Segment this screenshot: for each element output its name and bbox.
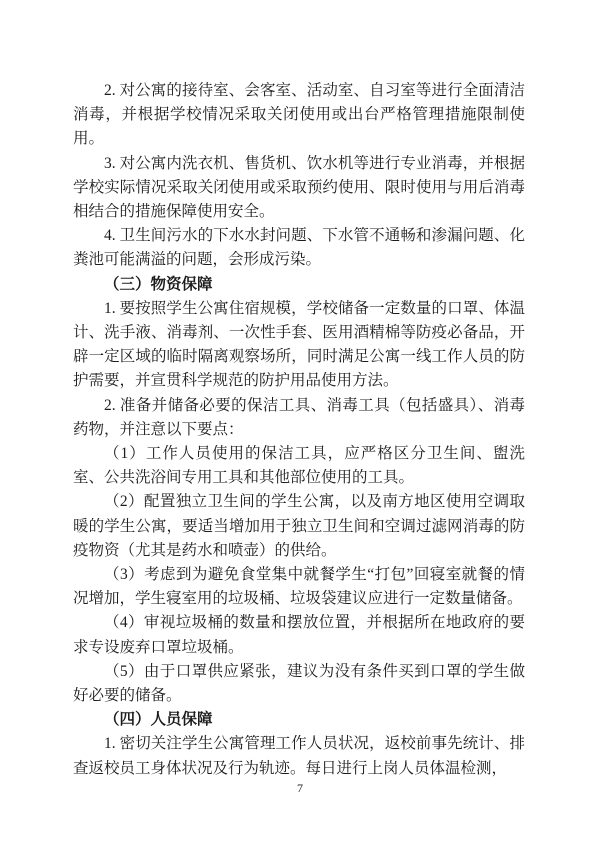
page-number: 7 [0,781,600,795]
paragraph: 2. 准备并储备必要的保洁工具、消毒工具（包括盛具）、消毒药物，并注意以下要点： [73,394,525,442]
section-heading-supplies: （三）物资保障 [73,273,525,297]
paragraph: 1. 密切关注学生公寓管理工作人员状况，返校前事先统计、排查返校员工身体状况及行… [73,732,525,780]
paragraph: 3. 对公寓内洗衣机、售货机、饮水机等进行专业消毒，并根据学校实际情况采取关闭使… [73,152,525,225]
paragraph: 4. 卫生间污水的下水水封问题、下水管不通畅和渗漏问题、化粪池可能满溢的问题，会… [73,224,525,272]
document-page: 2. 对公寓的接待室、会客室、活动室、自习室等进行全面清洁消毒，并根据学校情况采… [0,0,600,849]
paragraph: （5）由于口罩供应紧张，建议为没有条件买到口罩的学生做好必要的储备。 [73,660,525,708]
paragraph: （2）配置独立卫生间的学生公寓，以及南方地区使用空调取暖的学生公寓，要适当增加用… [73,490,525,563]
paragraph: （4）审视垃圾桶的数量和摆放位置，并根据所在地政府的要求专设废弃口罩垃圾桶。 [73,611,525,659]
paragraph: （3）考虑到为避免食堂集中就餐学生“打包”回寝室就餐的情况增加，学生寝室用的垃圾… [73,563,525,611]
section-heading-personnel: （四）人员保障 [73,708,525,732]
paragraph: 2. 对公寓的接待室、会客室、活动室、自习室等进行全面清洁消毒，并根据学校情况采… [73,79,525,152]
paragraph: 1. 要按照学生公寓住宿规模，学校储备一定数量的口罩、体温计、洗手液、消毒剂、一… [73,297,525,394]
paragraph: （1）工作人员使用的保洁工具，应严格区分卫生间、盥洗室、公共洗浴间专用工具和其他… [73,442,525,490]
page-body: 2. 对公寓的接待室、会客室、活动室、自习室等进行全面清洁消毒，并根据学校情况采… [73,79,525,781]
